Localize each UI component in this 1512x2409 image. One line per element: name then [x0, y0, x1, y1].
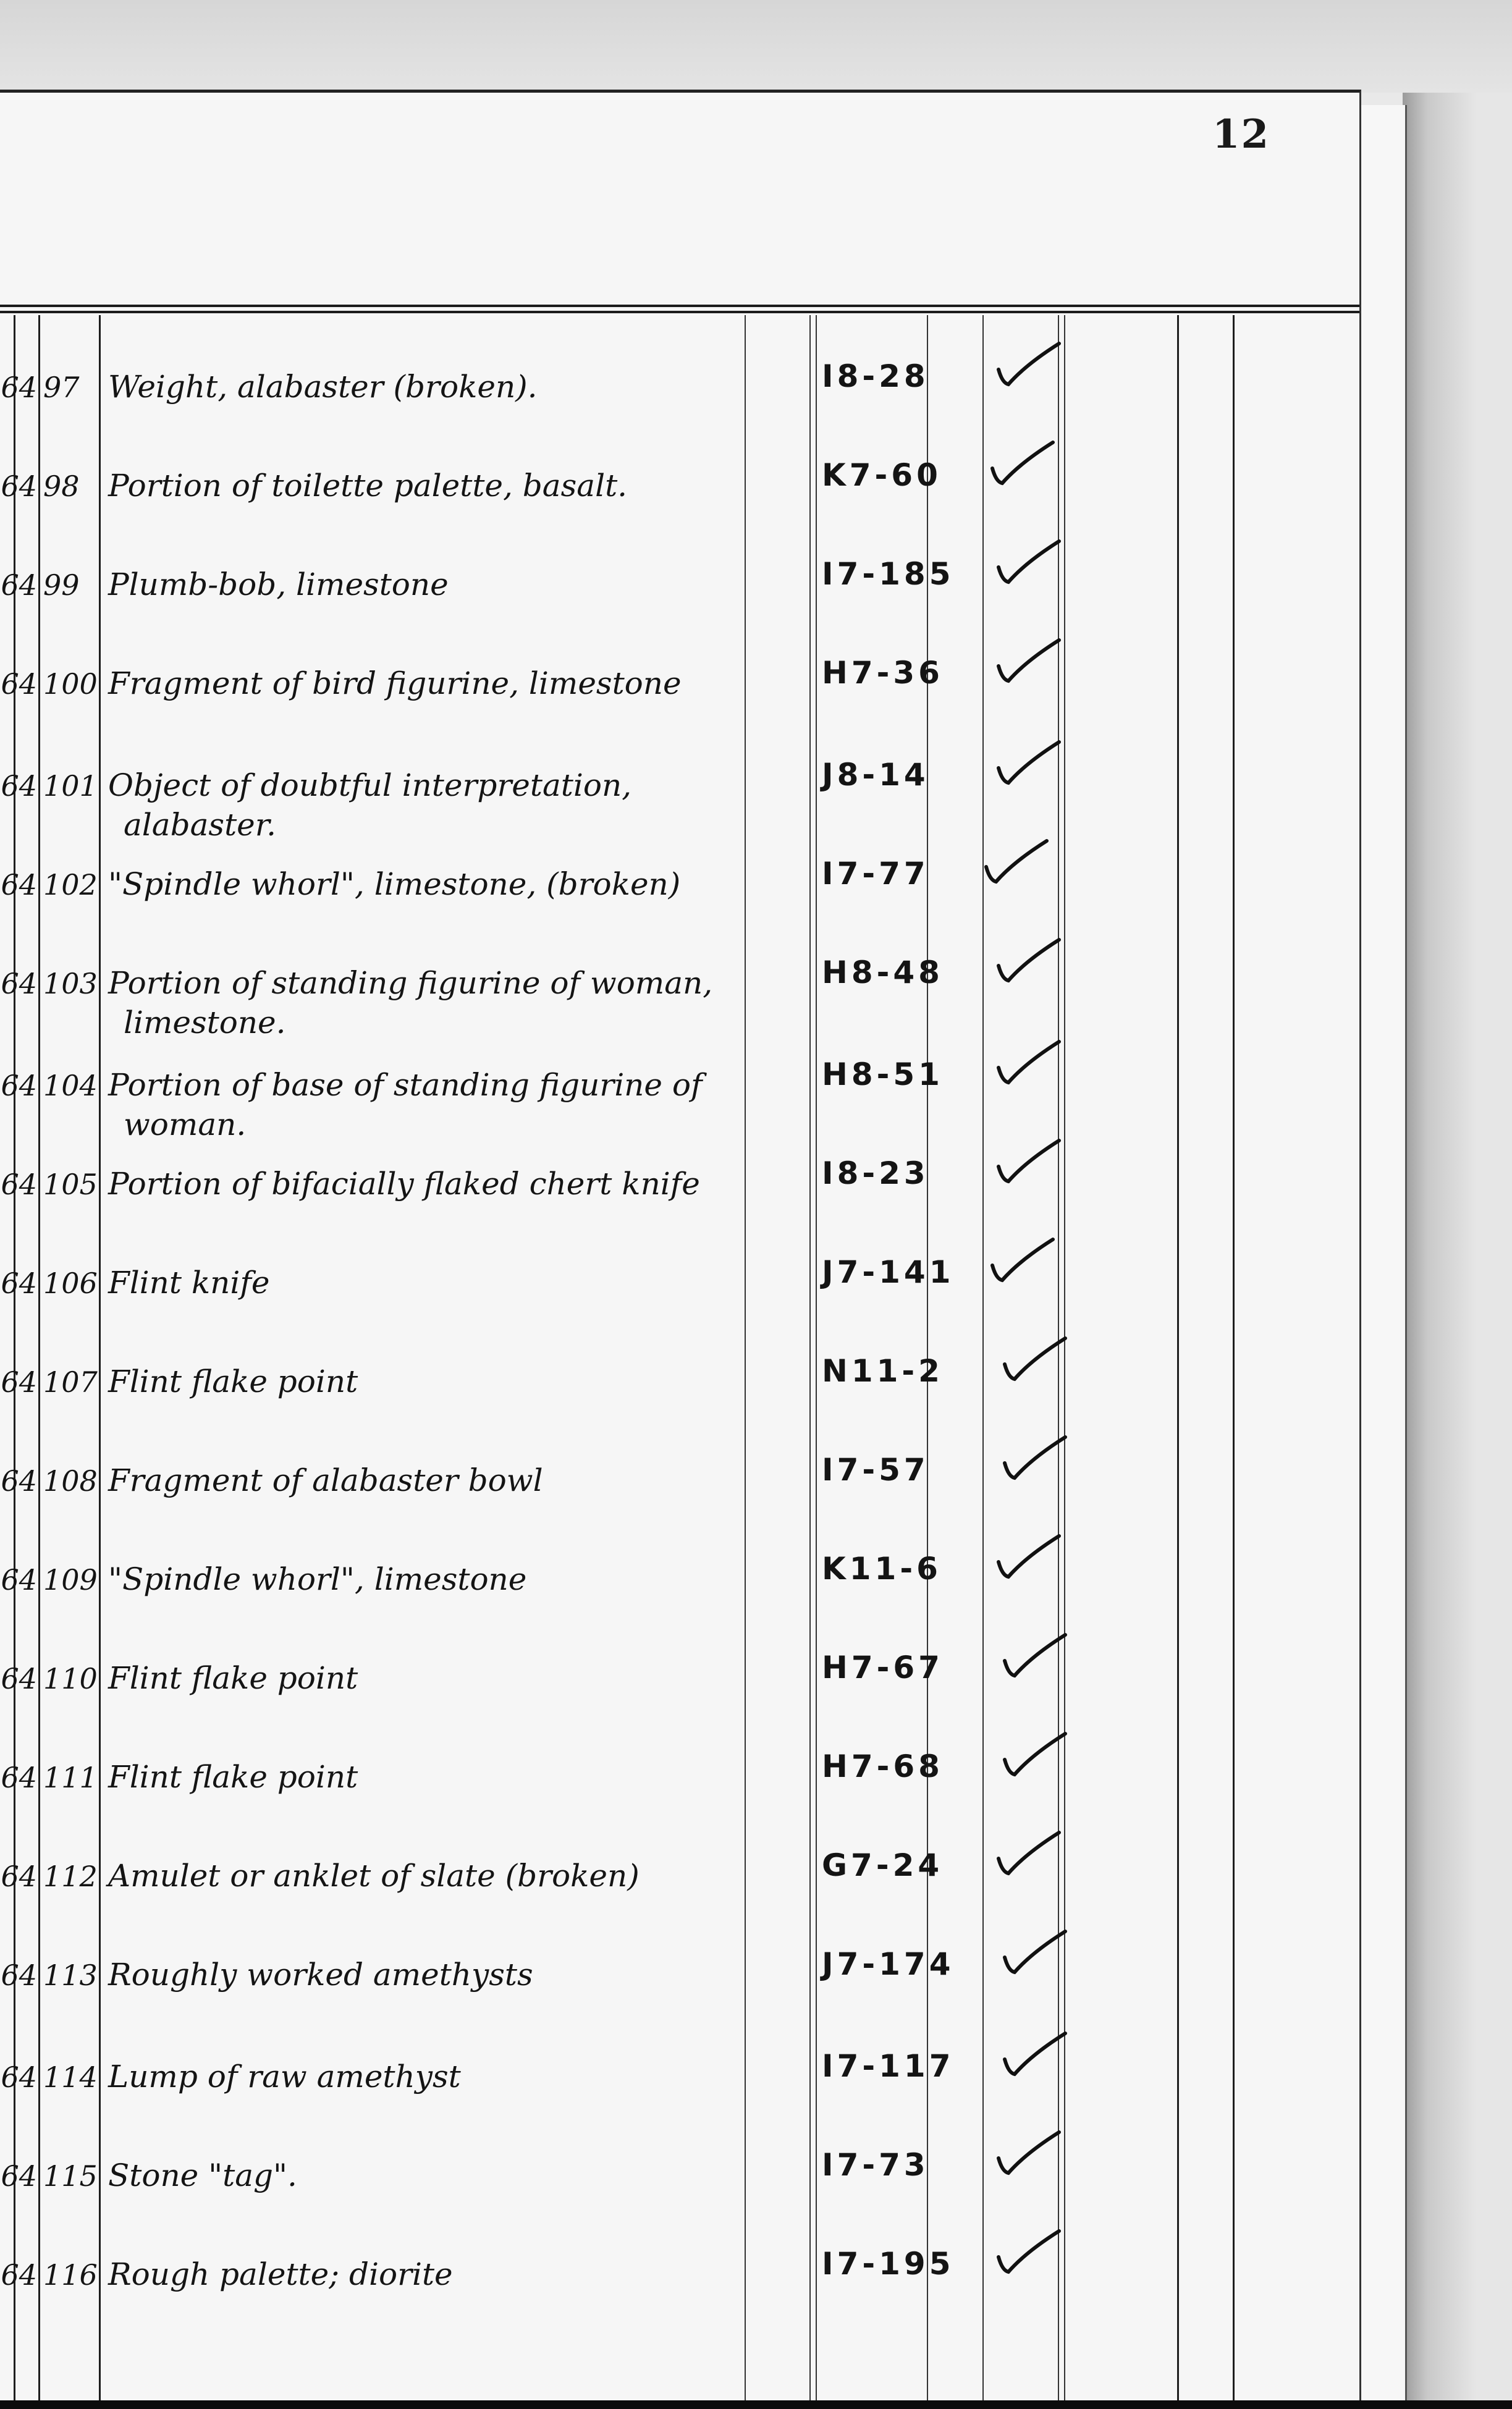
description-line: Portion of standing figurine of woman,	[108, 963, 712, 1003]
description-cell: Weight, alabaster (broken).	[108, 367, 538, 407]
year-cell: 64	[0, 667, 37, 701]
find-location-cell: I7-185	[822, 556, 955, 592]
object-number-cell: 98	[43, 470, 99, 503]
object-number-cell: 111	[43, 1761, 99, 1794]
description-line: Flint knife	[108, 1263, 269, 1302]
object-number-cell: 116	[43, 2258, 99, 2292]
page-number: 12	[1212, 111, 1270, 158]
year-cell: 64	[0, 769, 37, 803]
description-line: limestone.	[108, 1003, 712, 1042]
description-cell: Rough palette; diorite	[108, 2255, 453, 2294]
find-location-cell: I7-195	[822, 2246, 955, 2282]
checkmark-icon	[995, 340, 1063, 389]
object-number-cell: 101	[43, 769, 99, 803]
description-cell: Flint flake point	[108, 1658, 358, 1698]
description-line: Flint flake point	[108, 1757, 358, 1797]
find-location-cell: N11-2	[822, 1353, 944, 1389]
description-cell: Portion of bifacially flaked chert knife	[108, 1164, 700, 1204]
header-rule-top	[0, 305, 1359, 307]
find-location-cell: H8-51	[822, 1057, 944, 1092]
underlying-page-edge	[1353, 105, 1407, 2403]
find-location-cell: I7-57	[822, 1452, 929, 1488]
object-number-cell: 112	[43, 1860, 99, 1893]
column-rule	[809, 315, 811, 2400]
year-cell: 64	[0, 1860, 37, 1893]
description-line: "Spindle whorl", limestone, (broken)	[108, 864, 680, 904]
year-cell: 64	[0, 868, 37, 901]
find-location-cell: G7-24	[822, 1847, 943, 1883]
object-number-cell: 113	[43, 1959, 99, 1992]
description-cell: Stone "tag".	[108, 2156, 297, 2195]
checkmark-icon	[989, 1236, 1057, 1285]
checkmark-icon	[1001, 1433, 1069, 1483]
description-cell: Flint knife	[108, 1263, 269, 1302]
column-rule	[982, 315, 984, 2400]
year-cell: 64	[0, 568, 37, 602]
checkmark-icon	[995, 2227, 1063, 2277]
find-location-cell: K11-6	[822, 1551, 942, 1587]
description-cell: Fragment of bird figurine, limestone	[108, 664, 682, 703]
checkmark-icon	[1001, 1335, 1069, 1384]
object-number-cell: 104	[43, 1069, 99, 1102]
column-rule	[99, 315, 101, 2400]
checkmark-icon	[995, 636, 1063, 686]
checkmark-icon	[995, 936, 1063, 985]
description-line: Object of doubtful interpretation,	[108, 766, 631, 805]
description-cell: Roughly worked amethysts	[108, 1955, 533, 1994]
find-location-cell: I7-117	[822, 2048, 955, 2084]
description-cell: Portion of standing figurine of woman,li…	[108, 963, 712, 1042]
find-location-cell: H8-48	[822, 955, 944, 990]
description-cell: Portion of base of standing figurine ofw…	[108, 1065, 702, 1144]
checkmark-icon	[989, 439, 1057, 488]
checkmark-icon	[995, 1038, 1063, 1087]
header-rule-bottom	[0, 311, 1359, 313]
checkmark-icon	[995, 2128, 1063, 2178]
find-location-cell: H7-67	[822, 1650, 944, 1685]
description-line: woman.	[108, 1105, 702, 1144]
find-location-cell: H7-36	[822, 655, 944, 691]
year-cell: 64	[0, 1761, 37, 1794]
description-line: Weight, alabaster (broken).	[108, 367, 538, 407]
object-number-cell: 115	[43, 2159, 99, 2193]
object-number-cell: 103	[43, 967, 99, 1000]
checkmark-icon	[995, 738, 1063, 788]
object-number-cell: 109	[43, 1563, 99, 1597]
description-cell: Fragment of alabaster bowl	[108, 1461, 543, 1500]
year-cell: 64	[0, 470, 37, 503]
find-location-cell: I8-28	[822, 358, 929, 394]
find-location-cell: H7-68	[822, 1749, 944, 1784]
object-number-cell: 106	[43, 1267, 99, 1300]
description-cell: Amulet or anklet of slate (broken)	[108, 1856, 640, 1896]
checkmark-icon	[1001, 1631, 1069, 1681]
object-number-cell: 99	[43, 568, 99, 602]
description-cell: Flint flake point	[108, 1362, 358, 1401]
description-line: Stone "tag".	[108, 2156, 297, 2195]
description-line: Flint flake point	[108, 1362, 358, 1401]
object-number-cell: 97	[43, 371, 99, 404]
year-cell: 64	[0, 1168, 37, 1201]
description-cell: Lump of raw amethyst	[108, 2057, 461, 2096]
checkmark-icon	[995, 1137, 1063, 1186]
find-location-cell: I7-73	[822, 2147, 929, 2183]
year-cell: 64	[0, 1267, 37, 1300]
find-location-cell: K7-60	[822, 457, 942, 493]
description-line: Roughly worked amethysts	[108, 1955, 533, 1994]
scan-backdrop-right	[1403, 93, 1512, 2409]
description-line: Plumb-bob, limestone	[108, 565, 449, 604]
object-number-cell: 107	[43, 1365, 99, 1399]
column-rule	[745, 315, 746, 2400]
checkmark-icon	[995, 1532, 1063, 1582]
object-number-cell: 110	[43, 1662, 99, 1695]
description-line: Lump of raw amethyst	[108, 2057, 461, 2096]
description-line: Fragment of bird figurine, limestone	[108, 664, 682, 703]
checkmark-icon	[982, 837, 1050, 887]
description-cell: Flint flake point	[108, 1757, 358, 1797]
description-line: Portion of bifacially flaked chert knife	[108, 1164, 700, 1204]
description-cell: "Spindle whorl", limestone, (broken)	[108, 864, 680, 904]
description-line: Flint flake point	[108, 1658, 358, 1698]
description-line: Fragment of alabaster bowl	[108, 1461, 543, 1500]
description-line: Amulet or anklet of slate (broken)	[108, 1856, 640, 1896]
year-cell: 64	[0, 1563, 37, 1597]
description-cell: Object of doubtful interpretation,alabas…	[108, 766, 631, 845]
find-location-cell: I7-77	[822, 856, 929, 892]
year-cell: 64	[0, 2159, 37, 2193]
description-line: Rough palette; diorite	[108, 2255, 453, 2294]
checkmark-icon	[995, 538, 1063, 587]
year-cell: 64	[0, 1959, 37, 1992]
year-cell: 64	[0, 1069, 37, 1102]
description-line: Portion of base of standing figurine of	[108, 1065, 702, 1105]
year-cell: 64	[0, 1365, 37, 1399]
column-rule	[38, 315, 40, 2400]
year-cell: 64	[0, 1464, 37, 1498]
find-location-cell: J7-141	[822, 1254, 955, 1290]
object-number-cell: 108	[43, 1464, 99, 1498]
find-location-cell: J7-174	[822, 1946, 955, 1982]
checkmark-icon	[1001, 1730, 1069, 1779]
year-cell: 64	[0, 371, 37, 404]
scan-bottom-edge	[0, 2400, 1512, 2409]
object-number-cell: 102	[43, 868, 99, 901]
scan-backdrop-top	[0, 0, 1512, 93]
checkmark-icon	[1001, 1928, 1069, 1977]
find-location-cell: J8-14	[822, 757, 929, 793]
year-cell: 64	[0, 1662, 37, 1695]
checkmark-icon	[995, 1829, 1063, 1878]
year-cell: 64	[0, 2061, 37, 2094]
description-cell: "Spindle whorl", limestone	[108, 1559, 526, 1599]
description-line: alabaster.	[108, 805, 631, 845]
description-line: Portion of toilette palette, basalt.	[108, 466, 627, 505]
description-line: "Spindle whorl", limestone	[108, 1559, 526, 1599]
description-cell: Portion of toilette palette, basalt.	[108, 466, 627, 505]
find-location-cell: I8-23	[822, 1155, 929, 1191]
column-rule	[816, 315, 817, 2400]
year-cell: 64	[0, 2258, 37, 2292]
object-number-cell: 100	[43, 667, 99, 701]
column-rule	[1233, 315, 1235, 2400]
year-cell: 64	[0, 967, 37, 1000]
column-rule	[1177, 315, 1179, 2400]
description-cell: Plumb-bob, limestone	[108, 565, 449, 604]
object-number-cell: 105	[43, 1168, 99, 1201]
checkmark-icon	[1001, 2030, 1069, 2079]
object-number-cell: 114	[43, 2061, 99, 2094]
